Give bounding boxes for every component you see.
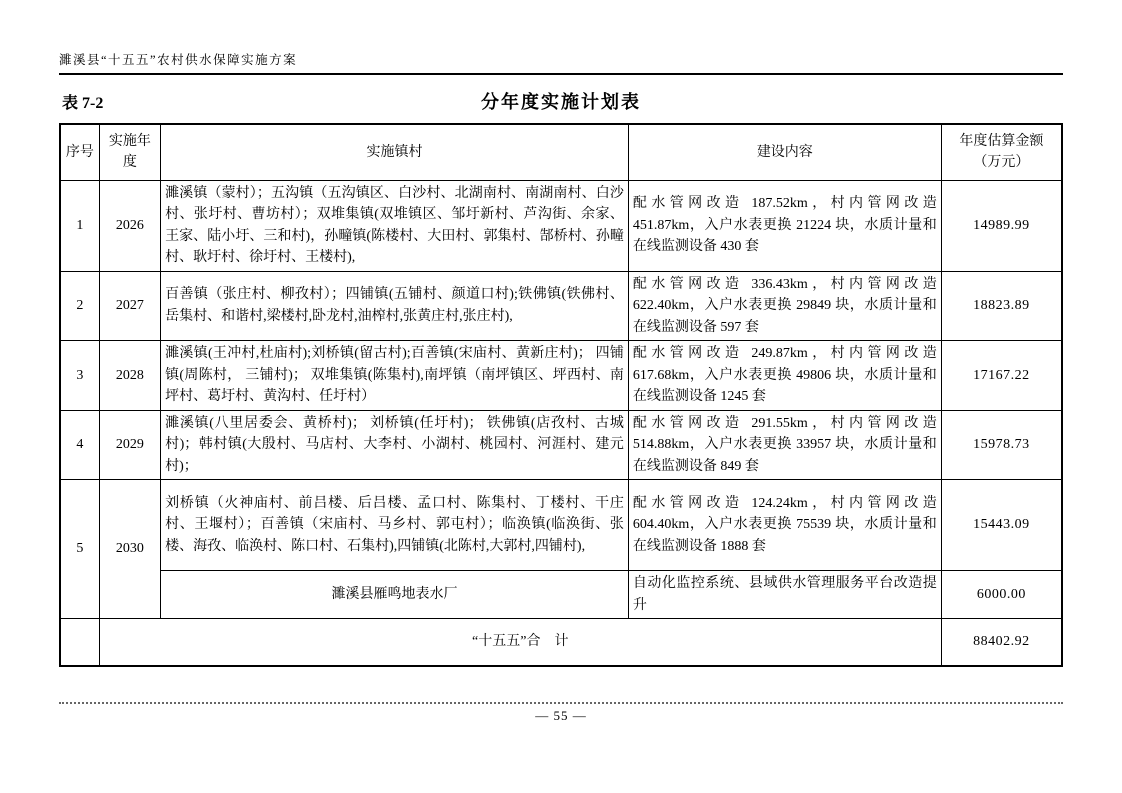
col-header-amount-line2: （万元）: [946, 152, 1057, 174]
col-header-content: 建设内容: [628, 124, 941, 180]
row-content-cell: 配水管网改造 124.24km，村内管网改造 604.40km，入户水表更换 7…: [628, 480, 941, 571]
row-no-cell: 5: [60, 480, 99, 619]
table-row-2028: 3 2028 濉溪镇(王冲村,杜庙村);刘桥镇(留古村);百善镇(宋庙村、黄新庄…: [60, 341, 1062, 411]
table-label: 表 7-2: [62, 90, 103, 113]
row-villages-cell: 百善镇（张庄村、柳孜村）；四铺镇(五铺村、颜道口村);铁佛镇(铁佛村、岳集村、和…: [161, 271, 629, 341]
water-plant-amount-cell: 6000.00: [941, 571, 1062, 619]
table-title-row: 表 7-2 分年度实施计划表: [59, 88, 1063, 114]
row-villages-cell: 濉溪镇(王冲村,杜庙村);刘桥镇(留古村);百善镇(宋庙村、黄新庄村)； 四铺镇…: [161, 341, 629, 411]
row-amount-cell: 17167.22: [941, 341, 1062, 411]
row-content-cell: 配水管网改造 249.87km，村内管网改造 617.68km，入户水表更换 4…: [628, 341, 941, 411]
annual-plan-table: 序号 实施年度 实施镇村 建设内容 年度估算金额 （万元） 1 2026 濉溪镇…: [59, 123, 1063, 667]
row-no-cell: 4: [60, 410, 99, 480]
document-body: 濉溪县“十五五”农村供水保障实施方案 表 7-2 分年度实施计划表 序号 实施年…: [59, 50, 1063, 667]
table-row-total: “十五五”合 计 88402.92: [60, 619, 1062, 666]
table-row-2027: 2 2027 百善镇（张庄村、柳孜村）；四铺镇(五铺村、颜道口村);铁佛镇(铁佛…: [60, 271, 1062, 341]
row-year-cell: 2029: [99, 410, 160, 480]
col-header-year: 实施年度: [99, 124, 160, 180]
row-content-cell: 配水管网改造 336.43km，村内管网改造 622.40km，入户水表更换 2…: [628, 271, 941, 341]
col-header-amount: 年度估算金额 （万元）: [941, 124, 1062, 180]
row-no-cell: 1: [60, 180, 99, 271]
col-header-amount-line1: 年度估算金额: [946, 131, 1057, 153]
water-plant-name-cell: 濉溪县雁鸣地表水厂: [161, 571, 629, 619]
total-empty-cell: [60, 619, 99, 666]
row-amount-cell: 18823.89: [941, 271, 1062, 341]
row-villages-cell: 濉溪镇(八里居委会、黄桥村)； 刘桥镇(任圩村)； 铁佛镇(店孜村、古城村)；韩…: [161, 410, 629, 480]
document-page: { "page": { "header": "濉溪县“十五五”农村供水保障实施方…: [0, 0, 1122, 793]
row-year-cell: 2028: [99, 341, 160, 411]
running-header-text: 濉溪县“十五五”农村供水保障实施方案: [59, 53, 297, 67]
col-header-villages: 实施镇村: [161, 124, 629, 180]
page-footer: — 55 —: [59, 702, 1063, 724]
water-plant-content-cell: 自动化监控系统、县域供水管理服务平台改造提升: [628, 571, 941, 619]
running-header: 濉溪县“十五五”农村供水保障实施方案: [59, 50, 1063, 75]
row-year-cell: 2030: [99, 480, 160, 619]
row-year-cell: 2027: [99, 271, 160, 341]
table-row-water-plant: 濉溪县雁鸣地表水厂 自动化监控系统、县域供水管理服务平台改造提升 6000.00: [60, 571, 1062, 619]
row-villages-cell: 濉溪镇（蒙村）；五沟镇（五沟镇区、白沙村、北湖南村、南湖南村、白沙村、张圩村、曹…: [161, 180, 629, 271]
row-content-cell: 配水管网改造 291.55km，村内管网改造 514.88km，入户水表更换 3…: [628, 410, 941, 480]
row-year-cell: 2026: [99, 180, 160, 271]
row-content-cell: 配水管网改造 187.52km，村内管网改造 451.87km，入户水表更换 2…: [628, 180, 941, 271]
table-row-2030: 5 2030 刘桥镇（火神庙村、前吕楼、后吕楼、孟口村、陈集村、丁楼村、干庄村、…: [60, 480, 1062, 571]
page-number: — 55 —: [535, 708, 587, 723]
row-no-cell: 2: [60, 271, 99, 341]
table-title: 分年度实施计划表: [59, 88, 1063, 114]
table-row-2026: 1 2026 濉溪镇（蒙村）；五沟镇（五沟镇区、白沙村、北湖南村、南湖南村、白沙…: [60, 180, 1062, 271]
row-amount-cell: 15978.73: [941, 410, 1062, 480]
row-no-cell: 3: [60, 341, 99, 411]
col-header-no: 序号: [60, 124, 99, 180]
total-amount-cell: 88402.92: [941, 619, 1062, 666]
row-amount-cell: 14989.99: [941, 180, 1062, 271]
row-villages-cell: 刘桥镇（火神庙村、前吕楼、后吕楼、孟口村、陈集村、丁楼村、干庄村、王堰村）；百善…: [161, 480, 629, 571]
table-header-row: 序号 实施年度 实施镇村 建设内容 年度估算金额 （万元）: [60, 124, 1062, 180]
table-row-2029: 4 2029 濉溪镇(八里居委会、黄桥村)； 刘桥镇(任圩村)； 铁佛镇(店孜村…: [60, 410, 1062, 480]
total-label-cell: “十五五”合 计: [99, 619, 941, 666]
row-amount-cell: 15443.09: [941, 480, 1062, 571]
